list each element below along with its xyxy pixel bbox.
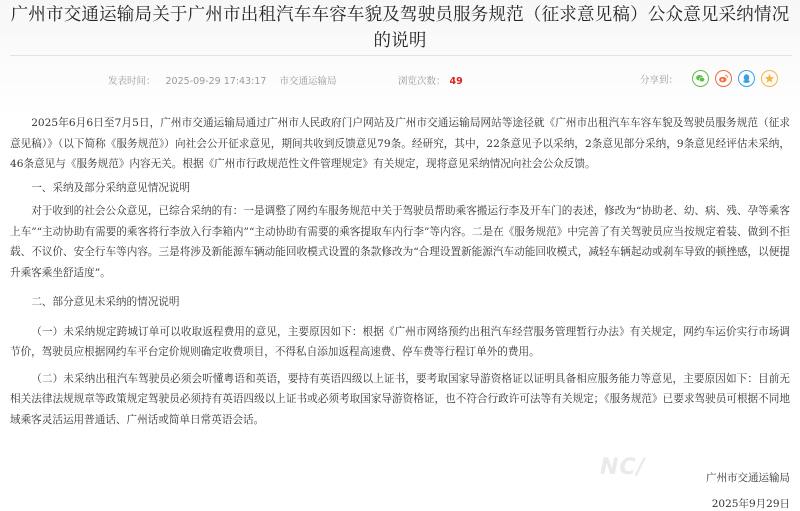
signature: 广州市交通运输局 (706, 465, 790, 491)
section-2-item-1: （一）未采纳规定跨城订单可以收取返程费用的意见，主要原因如下：根据《广州市网络预… (10, 322, 790, 363)
view-count: 浏览次数：49 (398, 73, 463, 87)
share-favorite-button[interactable] (761, 70, 778, 87)
wechat-icon (695, 73, 706, 84)
qq-icon (741, 73, 752, 84)
source: 市交通运输局 (279, 76, 336, 87)
article-body: 2025年6月6日至7月5日，广州市交通运输局通过广州市人民政府门户网站及广州市… (10, 113, 790, 430)
share-label: 分享到： (640, 72, 678, 86)
views-count: 49 (450, 76, 463, 87)
star-icon (764, 73, 775, 84)
section-1-body: 对于收到的社会公众意见，已综合采纳的有：一是调整了网约车服务规范中关于驾驶员帮助… (10, 201, 790, 283)
section-2-heading: 二、部分意见未采纳的情况说明 (10, 292, 790, 313)
article-title: 广州市交通运输局关于广州市出租汽车车容车貌及驾驶员服务规范（征求意见稿）公众意见… (8, 2, 792, 54)
share-wechat-button[interactable] (692, 70, 709, 87)
share-bar: 分享到： (640, 70, 778, 87)
share-qq-button[interactable] (738, 70, 755, 87)
section-1-heading: 一、采纳及部分采纳意见情况说明 (10, 178, 790, 199)
publish-time-label: 发表时间： (108, 76, 156, 87)
watermark-logo: NC/ (600, 455, 646, 480)
views-label: 浏览次数： (398, 76, 446, 87)
article-page: 广州市交通运输局关于广州市出租汽车车容车貌及驾驶员服务规范（征求意见稿）公众意见… (0, 0, 800, 511)
intro-paragraph: 2025年6月6日至7月5日，广州市交通运输局通过广州市人民政府门户网站及广州市… (10, 113, 790, 175)
article-footer: 广州市交通运输局 2025年9月29日 (706, 465, 790, 511)
article-meta: 发表时间：2025-09-29 17:43:17 市交通运输局 (108, 73, 346, 87)
share-weibo-button[interactable] (715, 70, 732, 87)
title-divider (10, 55, 792, 56)
sign-date: 2025年9月29日 (706, 491, 790, 511)
weibo-icon (718, 73, 729, 84)
section-2-item-2: （二）未采纳出租汽车驾驶员必须会听懂粤语和英语，要持有英语四级以上证书，要考取国… (10, 369, 790, 431)
publish-time: 2025-09-29 17:43:17 (166, 76, 267, 87)
